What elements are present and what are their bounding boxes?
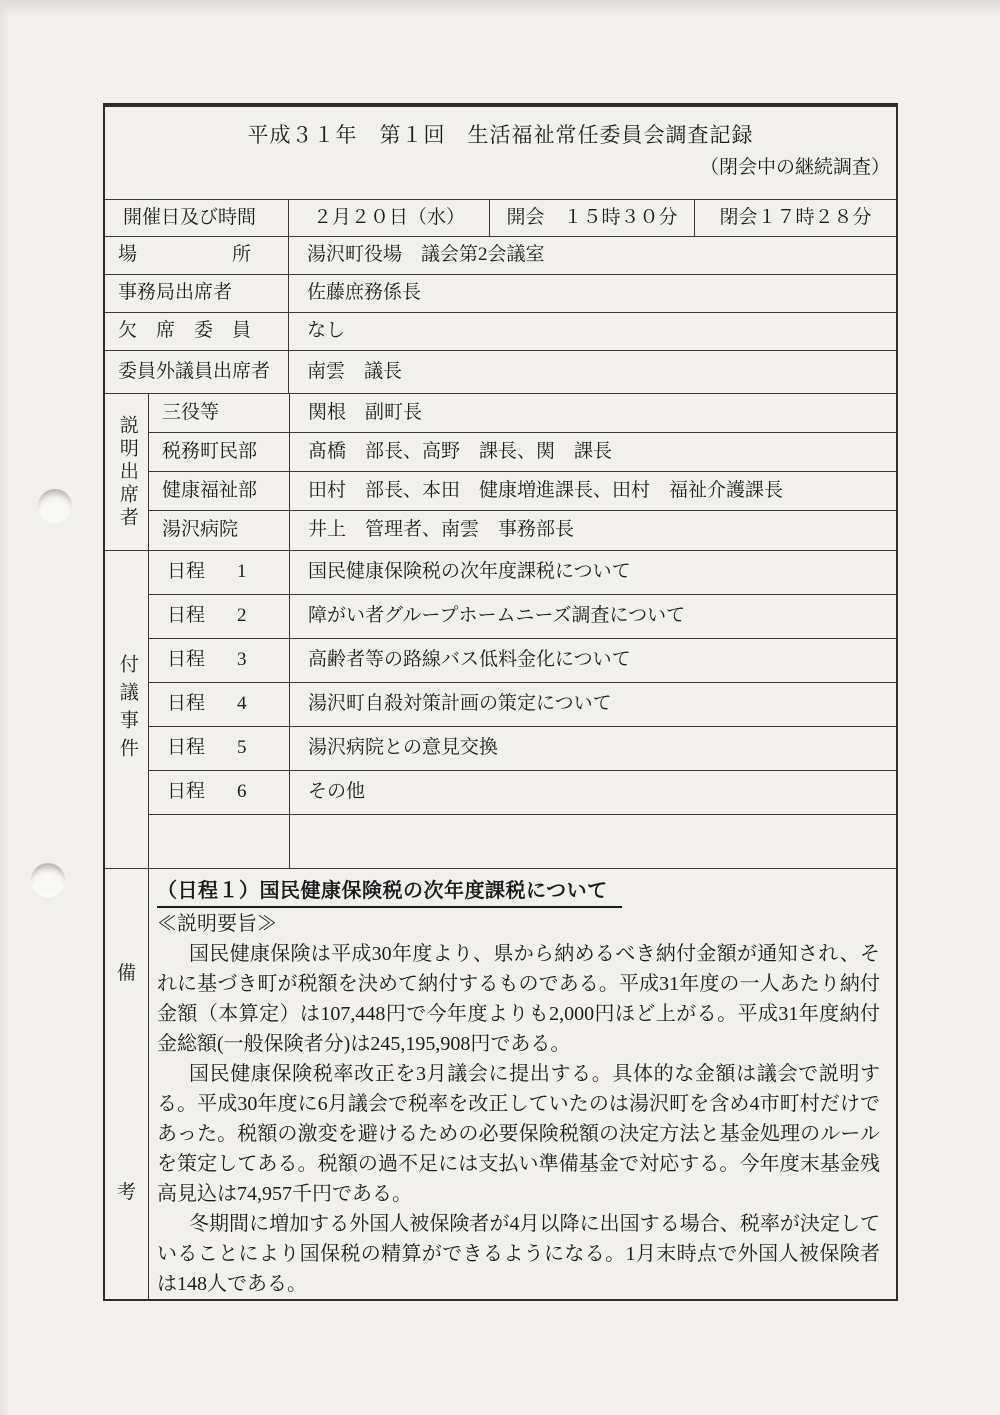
agenda-row: 日程 2 障がい者グループホームニーズ調査について [149,595,896,639]
agenda-item-label: 日程 5 [149,727,290,770]
explainer-row: 湯沢病院 井上 管理者、南雲 事務部長 [149,511,896,550]
record-table: 平成３１年 第１回 生活福祉常任委員会調査記録 （閉会中の継続調査） 開催日及び… [103,103,898,1301]
agenda-item-label: 日程 3 [149,639,290,682]
agenda-item-no: 3 [237,649,247,672]
agenda-item-no: 1 [237,561,247,584]
agenda-item-word: 日程 [167,781,205,804]
nonmember-attendees-label: 委員外議員出席者 [105,351,289,393]
agenda-item-title: 湯沢町自殺対策計画の策定について [290,683,896,726]
agenda-row: 日程 1 国民健康保険税の次年度課税について [149,551,896,595]
agenda-item-no: 2 [237,605,247,628]
agenda-row: 日程 3 高齢者等の路線バス低料金化について [149,639,896,683]
remarks-group-label-cell: 備 考 [105,869,149,1299]
remarks-paragraph: 国民健康保険は平成30年度より、県から納めるべき納付金額が通知され、それに基づき… [157,939,880,1059]
row-absent-members: 欠 席 委 員 なし [105,313,896,351]
row-place: 場 所 湯沢町役場 議会第2会議室 [105,237,896,275]
remarks-paragraph: 冬期間に増加する外国人被保険者が4月以降に出国する場合、税率が決定していることに… [157,1209,880,1299]
remarks-vertical-label-top: 備 [117,963,136,986]
nonmember-attendees-value: 南雲 議長 [289,351,896,393]
agenda-item-word: 日程 [167,561,205,584]
explainers-rows: 三役等 関根 副町長 税務町民部 髙橋 部長、高野 課長、関 課長 健康福祉部 … [149,394,896,550]
agenda-vertical-label: 付議事件 [115,654,138,766]
explainers-group-label-cell: 説明出席者 [105,394,149,550]
agenda-item-word: 日程 [167,693,205,716]
agenda-item-label: 日程 6 [149,771,290,814]
remarks-vertical-label-bottom: 考 [117,1182,136,1205]
record-title-note: （閉会中の継続調査） [105,157,896,180]
agenda-item-word: 日程 [167,737,205,760]
agenda-row: 日程 4 湯沢町自殺対策計画の策定について [149,683,896,727]
explainer-role-label: 税務町民部 [149,433,290,471]
agenda-item-label: 日程 1 [149,551,290,594]
open-time-value: 開会 １５時３０分 [490,200,695,236]
row-nonmember-attendees: 委員外議員出席者 南雲 議長 [105,351,896,394]
remarks-paragraph: 国民健康保険税率改正を3月議会に提出する。具体的な金額は議会で説明する。平成30… [157,1059,880,1209]
agenda-item-label: 日程 4 [149,683,290,726]
agenda-empty-row [149,815,896,868]
close-time-value: 閉会１７時２８分 [695,200,896,236]
explainer-row: 税務町民部 髙橋 部長、高野 課長、関 課長 [149,433,896,472]
scan-edge-shadow [0,0,1000,16]
agenda-item-no: 4 [237,693,247,716]
scanned-page: { "document": { "title": "平成３１年 第１回 生活福祉… [0,0,1000,1415]
date-value: ２月２０日（水） [289,200,490,236]
explainer-names: 髙橋 部長、高野 課長、関 課長 [290,433,896,471]
explainer-names: 田村 部長、本田 健康増進課長、田村 福祉介護課長 [290,472,896,510]
punch-hole-bottom [31,863,65,897]
agenda-item-no: 5 [237,737,247,760]
record-title: 平成３１年 第１回 生活福祉常任委員会調査記録 [105,123,896,148]
agenda-item-word: 日程 [167,649,205,672]
agenda-item-title: 高齢者等の路線バス低料金化について [290,639,896,682]
agenda-item-no: 6 [237,781,247,804]
place-label: 場 所 [105,237,289,274]
explainer-names: 井上 管理者、南雲 事務部長 [290,511,896,550]
agenda-rows: 日程 1 国民健康保険税の次年度課税について 日程 2 障がい者グループホームニ… [149,551,896,868]
explainers-group: 説明出席者 三役等 関根 副町長 税務町民部 髙橋 部長、高野 課長、関 課長 … [105,394,896,551]
explainer-role-label: 湯沢病院 [149,511,290,550]
explainer-role-label: 健康福祉部 [149,472,290,510]
secretariat-label: 事務局出席者 [105,275,289,312]
agenda-item-word: 日程 [167,605,205,628]
row-datetime: 開催日及び時間 ２月２０日（水） 開会 １５時３０分 閉会１７時２８分 [105,200,896,237]
remarks-heading: （日程１）国民健康保険税の次年度課税について [157,876,622,908]
agenda-item-title: その他 [290,771,896,814]
row-secretariat: 事務局出席者 佐藤庶務係長 [105,275,896,313]
remarks-group: 備 考 （日程１）国民健康保険税の次年度課税について ≪説明要旨≫ 国民健康保険… [105,869,896,1299]
agenda-group-label-cell: 付議事件 [105,551,149,868]
explainers-vertical-label: 説明出席者 [115,415,138,530]
place-value: 湯沢町役場 議会第2会議室 [289,237,896,274]
remarks-subheading: ≪説明要旨≫ [157,909,880,939]
punch-hole-top [38,489,72,523]
absent-members-label: 欠 席 委 員 [105,313,289,350]
agenda-empty-value-cell [290,815,896,868]
agenda-group: 付議事件 日程 1 国民健康保険税の次年度課税について 日程 2 障がい者グルー… [105,551,896,869]
explainer-role-label: 三役等 [149,394,290,432]
agenda-row: 日程 5 湯沢病院との意見交換 [149,727,896,771]
agenda-empty-label-cell [149,815,290,868]
secretariat-value: 佐藤庶務係長 [289,275,896,312]
explainer-row: 健康福祉部 田村 部長、本田 健康増進課長、田村 福祉介護課長 [149,472,896,511]
explainer-row: 三役等 関根 副町長 [149,394,896,433]
datetime-label: 開催日及び時間 [105,200,289,236]
scan-left-shadow [0,0,10,1415]
agenda-item-label: 日程 2 [149,595,290,638]
agenda-item-title: 湯沢病院との意見交換 [290,727,896,770]
explainer-names: 関根 副町長 [290,394,896,432]
agenda-item-title: 障がい者グループホームニーズ調査について [290,595,896,638]
agenda-row: 日程 6 その他 [149,771,896,815]
title-row: 平成３１年 第１回 生活福祉常任委員会調査記録 （閉会中の継続調査） [105,107,896,200]
absent-members-value: なし [289,313,896,350]
agenda-item-title: 国民健康保険税の次年度課税について [290,551,896,594]
remarks-content: （日程１）国民健康保険税の次年度課税について ≪説明要旨≫ 国民健康保険は平成3… [149,869,896,1299]
